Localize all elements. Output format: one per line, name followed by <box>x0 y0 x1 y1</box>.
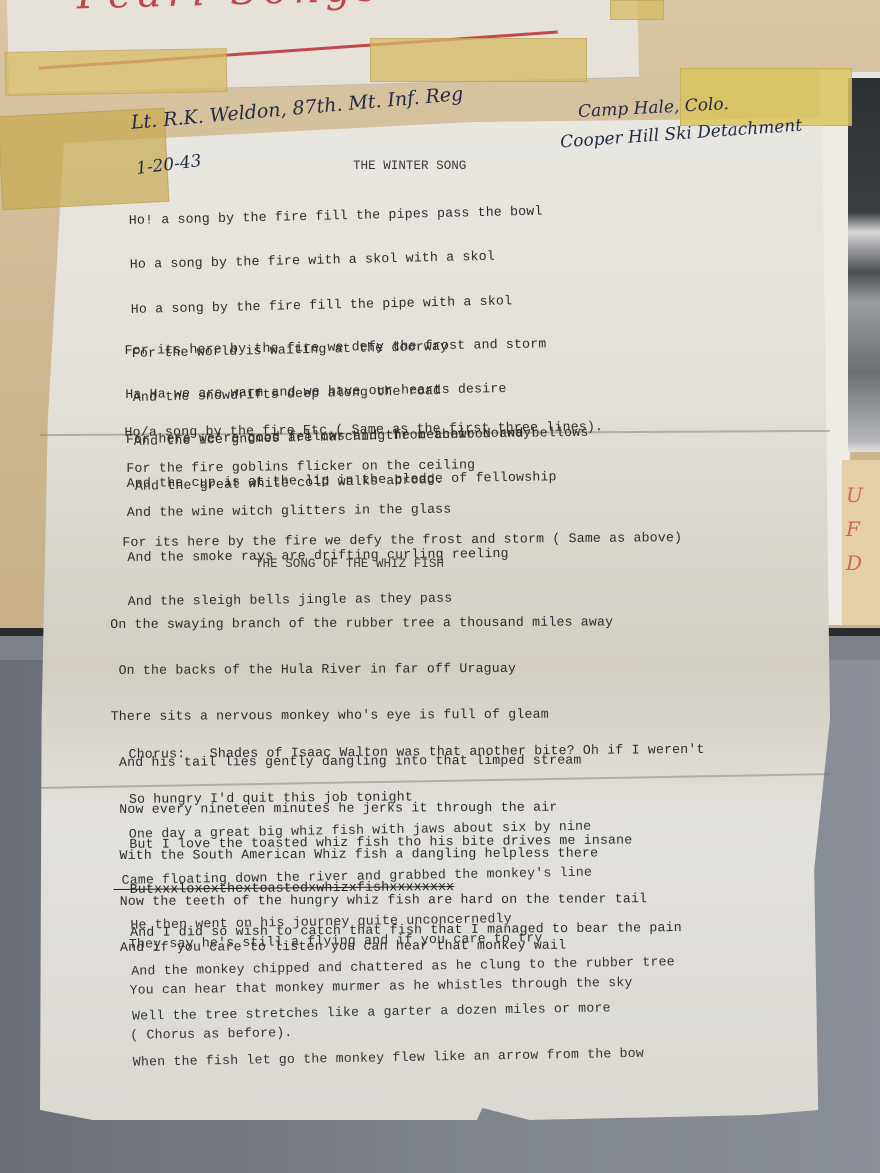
whiz-fish-song-title: THE SONG OF THE WHIZ FISH <box>255 557 444 571</box>
lyric-line: One day a great big whiz fish with jaws … <box>113 818 673 843</box>
lyric-line: Came floating down the river and grabbed… <box>113 864 673 889</box>
lyric-line: ( Chorus as before). <box>114 1021 633 1045</box>
lyric-line: Chorus: Shades of Isaac Walton was that … <box>112 743 704 763</box>
tape-strip <box>5 48 228 96</box>
lyric-line: They say he's still a flying and if you … <box>112 930 631 954</box>
lyric-line: You can hear that monkey murmer as he wh… <box>113 975 632 999</box>
lyric-line: On the backs of the Hula River in far of… <box>110 661 646 679</box>
attached-photo <box>848 72 880 452</box>
label-handwriting: Pearl Songs <box>76 0 384 18</box>
winter-song-closing: For its here by the fire we defy the fro… <box>122 501 682 565</box>
note-handwriting: U F D <box>846 478 863 580</box>
tape-strip <box>610 0 664 20</box>
tape-strip <box>370 38 587 82</box>
lyric-line: Ho a song by the fire with a skol with a… <box>130 249 544 273</box>
lyric-line: For its here by the fire we defy the fro… <box>124 337 587 359</box>
lyric-line: Ho! a song by the fire fill the pipes pa… <box>129 205 543 229</box>
lyric-line: For its here by the fire we defy the fro… <box>122 531 682 550</box>
whiz-fish-verse-3: They say he's still a flying and if you … <box>112 900 634 1060</box>
lyric-line: For the fire goblins flicker on the ceil… <box>126 458 507 476</box>
winter-song-title: THE WINTER SONG <box>353 159 466 173</box>
lyric-line: On the swaying branch of the rubber tree… <box>110 615 646 633</box>
